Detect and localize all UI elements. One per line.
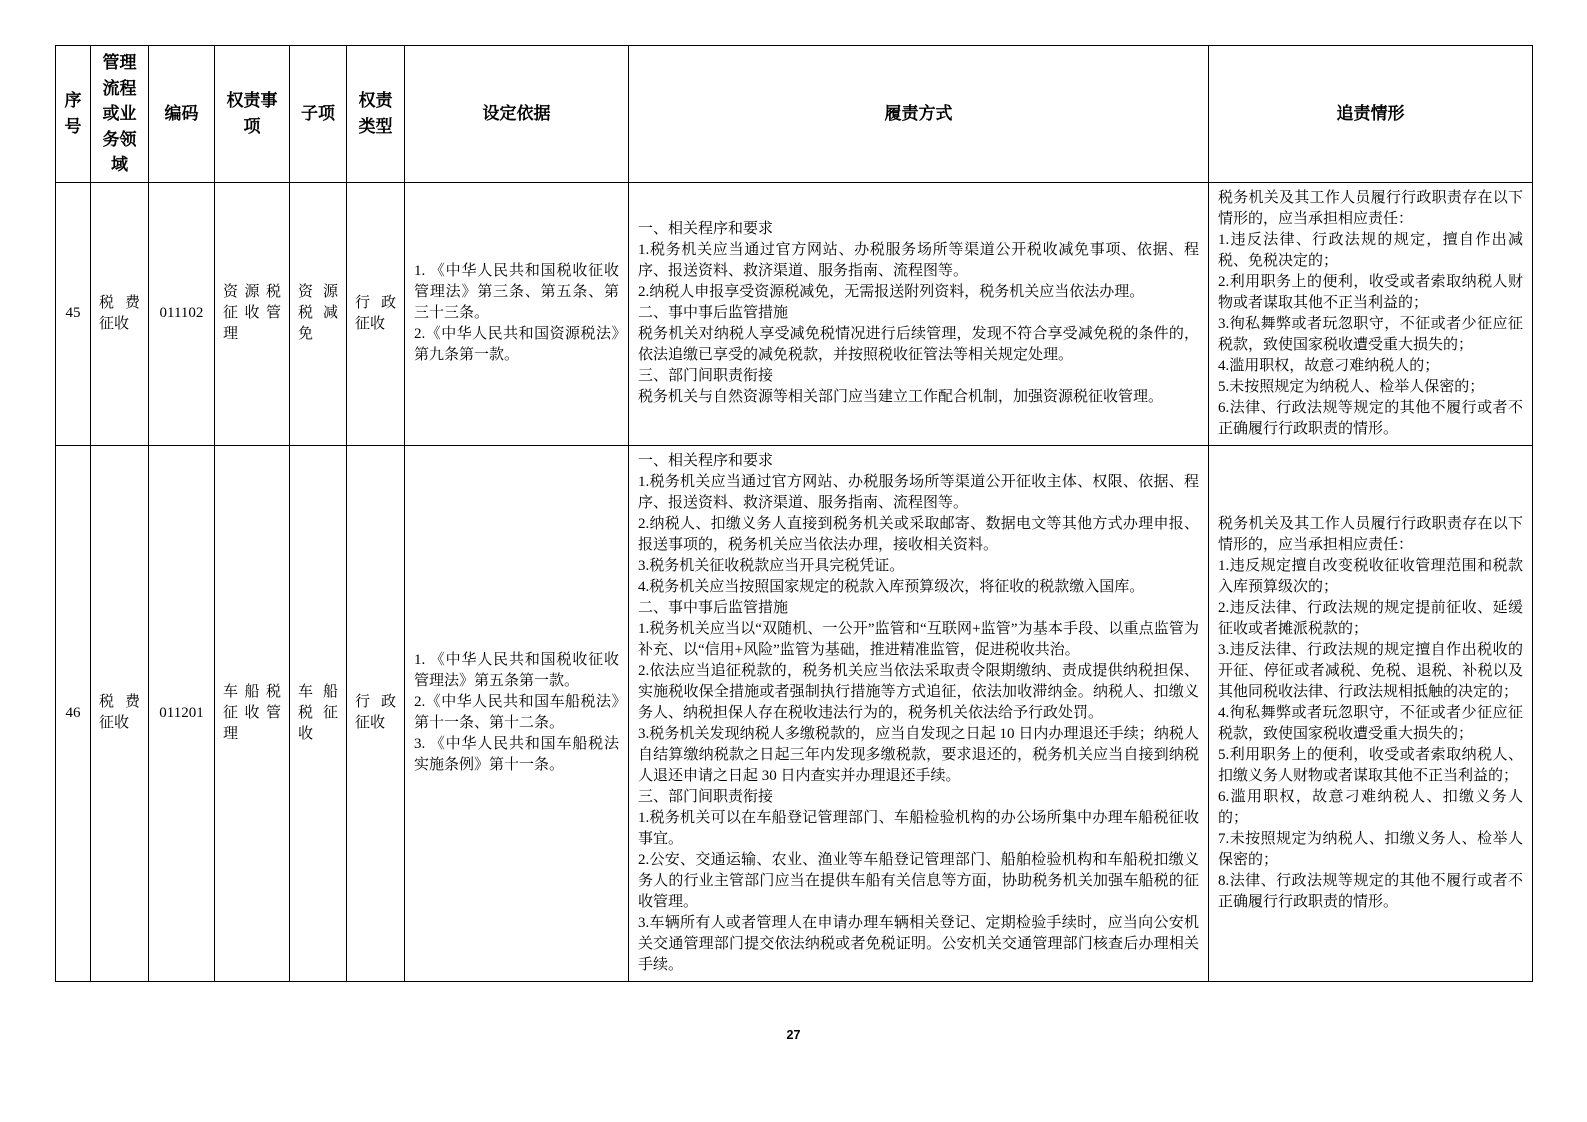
cell-method: 一、相关程序和要求 1.税务机关应当通过官方网站、办税服务场所等渠道公开税收减免… (629, 182, 1209, 445)
cell-subitem: 车船税征收 (290, 445, 347, 981)
cell-accountability: 税务机关及其工作人员履行行政职责存在以下情形的，应当承担相应责任： 1.违反法律… (1209, 182, 1533, 445)
document-page: 序号 管理流程或业务领域 编码 权责事项 子项 权责类型 设定依据 履责方式 追… (0, 0, 1587, 1122)
cell-type: 行政征收 (347, 182, 405, 445)
header-subitem: 子项 (290, 46, 347, 183)
page-number: 27 (0, 1028, 1587, 1042)
cell-accountability: 税务机关及其工作人员履行行政职责存在以下情形的，应当承担相应责任： 1.违反规定… (1209, 445, 1533, 981)
header-seq: 序号 (56, 46, 91, 183)
table-row: 45 税费征收 011102 资源税征收管理 资源税减免 行政征收 1. 《中华… (56, 182, 1533, 445)
cell-type: 行政征收 (347, 445, 405, 981)
header-accountability: 追责情形 (1209, 46, 1533, 183)
cell-subitem: 资源税减免 (290, 182, 347, 445)
header-code: 编码 (149, 46, 215, 183)
header-basis: 设定依据 (405, 46, 629, 183)
cell-basis: 1. 《中华人民共和国税收征收管理法》第三条、第五条、第三十三条。 2.《中华人… (405, 182, 629, 445)
cell-domain: 税费征收 (91, 182, 149, 445)
header-domain: 管理流程或业务领域 (91, 46, 149, 183)
cell-matter: 车船税征收管理 (215, 445, 290, 981)
cell-method: 一、相关程序和要求 1.税务机关应当通过官方网站、办税服务场所等渠道公开征收主体… (629, 445, 1209, 981)
table-row: 46 税费征收 011201 车船税征收管理 车船税征收 行政征收 1. 《中华… (56, 445, 1533, 981)
duty-responsibility-table: 序号 管理流程或业务领域 编码 权责事项 子项 权责类型 设定依据 履责方式 追… (55, 45, 1533, 982)
cell-matter: 资源税征收管理 (215, 182, 290, 445)
cell-domain: 税费征收 (91, 445, 149, 981)
header-matter: 权责事项 (215, 46, 290, 183)
cell-basis: 1. 《中华人民共和国税收征收管理法》第五条第一款。 2.《中华人民共和国车船税… (405, 445, 629, 981)
cell-seq: 45 (56, 182, 91, 445)
table-header-row: 序号 管理流程或业务领域 编码 权责事项 子项 权责类型 设定依据 履责方式 追… (56, 46, 1533, 183)
header-type: 权责类型 (347, 46, 405, 183)
cell-seq: 46 (56, 445, 91, 981)
header-method: 履责方式 (629, 46, 1209, 183)
cell-code: 011102 (149, 182, 215, 445)
cell-code: 011201 (149, 445, 215, 981)
